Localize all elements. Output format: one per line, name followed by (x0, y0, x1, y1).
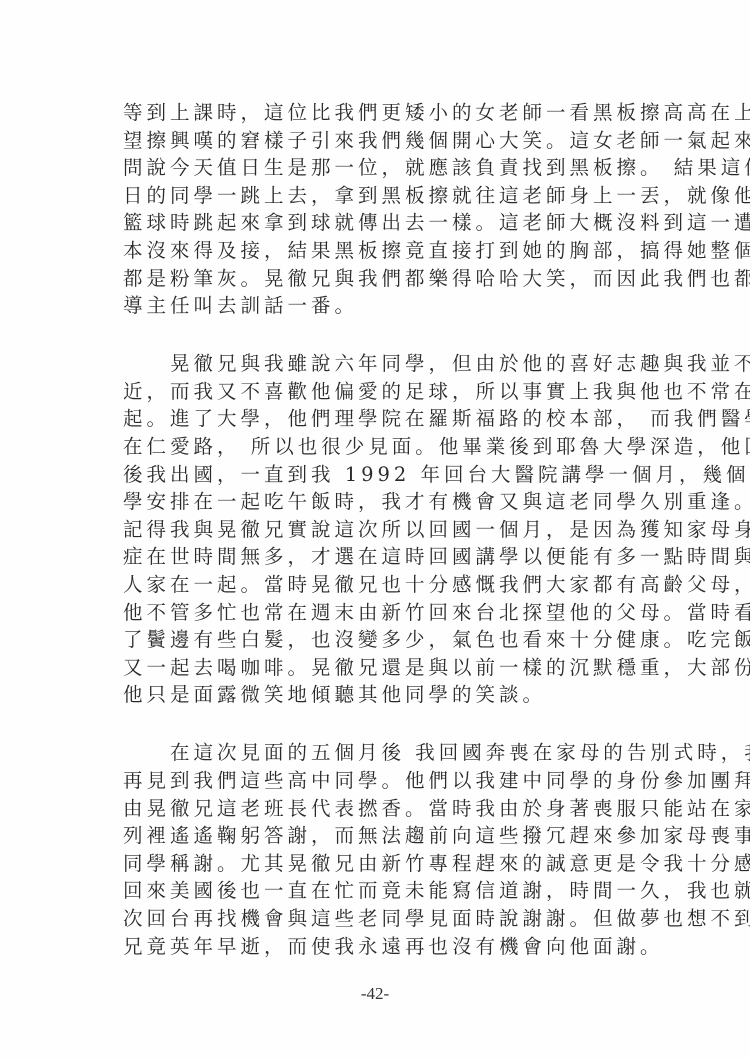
text-line: 本沒來得及接，結果黑板擦竟直接打到她的胸部，搞得她整個胸部 (123, 237, 623, 265)
text-line: 由晃徹兄這老班長代表撚香。當時我由於身著喪服只能站在家屬行 (123, 795, 623, 823)
text-line: 列裡遙遙鞠躬答謝，而無法趨前向這些撥冗趕來參加家母喪事的老 (123, 822, 623, 850)
text-line: 同學稱謝。尤其晃徹兄由新竹專程趕來的誠意更是令我十分感激。 (123, 850, 623, 878)
text-line: 起。進了大學，他們理學院在羅斯福路的校本部， 而我們醫學院 (123, 405, 623, 433)
paragraph-1: 等到上課時，這位比我們更矮小的女老師一看黑板擦高高在上，而 望擦興嘆的窘樣子引來… (123, 99, 623, 320)
text-line: 回來美國後也一直在忙而竟未能寫信道謝，時間一久，我也就想下 (123, 877, 623, 905)
text-line: 後我出國，一直到我 1992 年回台大醫院講學一個月，幾個高中同 (123, 461, 623, 489)
text-line: 近，而我又不喜歡他偏愛的足球，所以事實上我與他也不常在一 (123, 378, 623, 406)
text-line: 學安排在一起吃午飯時，我才有機會又與這老同學久別重逢。我還 (123, 488, 623, 516)
text-line: 次回台再找機會與這些老同學見面時說謝謝。但做夢也想不到晃徹 (123, 905, 623, 933)
text-line-indented: 晃徹兄與我雖說六年同學，但由於他的喜好志趣與我並不相 (123, 350, 623, 378)
text-line: 望擦興嘆的窘樣子引來我們幾個開心大笑。這女老師一氣起來，就 (123, 127, 623, 155)
text-line: 再見到我們這些高中同學。他們以我建中同學的身份參加團拜，而 (123, 767, 623, 795)
text-line: 在仁愛路， 所以也很少見面。他畢業後到耶魯大學深造，他回國 (123, 433, 623, 461)
text-line: 籃球時跳起來拿到球就傳出去一樣。這老師大概沒料到這一遭，根 (123, 209, 623, 237)
page-number: -42- (0, 984, 750, 1004)
document-page: 等到上課時，這位比我們更矮小的女老師一看黑板擦高高在上，而 望擦興嘆的窘樣子引來… (0, 0, 750, 1060)
text-line: 他不管多忙也常在週末由新竹回來台北探望他的父母。當時看他除 (123, 599, 623, 627)
text-line: 等到上課時，這位比我們更矮小的女老師一看黑板擦高高在上，而 (123, 99, 623, 127)
text-line: 都是粉筆灰。晃徹兄與我們都樂得哈哈大笑，而因此我們也都被訓 (123, 265, 623, 293)
text-line: 導主任叫去訓話一番。 (123, 292, 623, 320)
text-line: 了鬢邊有些白髮，也沒變多少，氣色也看來十分健康。吃完飯我們 (123, 626, 623, 654)
paragraph-3: 在這次見面的五個月後 我回國奔喪在家母的告別式時，我又 再見到我們這些高中同學。… (123, 739, 623, 960)
text-line: 日的同學一跳上去，拿到黑板擦就往這老師身上一丟，就像他在玩 (123, 182, 623, 210)
text-line: 人家在一起。當時晃徹兄也十分感慨我們大家都有高齡父母，他說 (123, 571, 623, 599)
text-line: 問說今天值日生是那一位，就應該負責找到黑板擦。 結果這位值 (123, 154, 623, 182)
text-line-indented: 在這次見面的五個月後 我回國奔喪在家母的告別式時，我又 (123, 739, 623, 767)
text-line: 症在世時間無多，才選在這時回國講學以便能有多一點時間與她老 (123, 543, 623, 571)
text-line: 又一起去喝咖啡。晃徹兄還是與以前一樣的沉默穩重，大部份時間 (123, 654, 623, 682)
body-text: 等到上課時，這位比我們更矮小的女老師一看黑板擦高高在上，而 望擦興嘆的窘樣子引來… (123, 99, 623, 991)
text-line: 他只是面露微笑地傾聽其他同學的笑談。 (123, 681, 623, 709)
text-line: 兄竟英年早逝，而使我永遠再也沒有機會向他面謝。 (123, 933, 623, 961)
paragraph-2: 晃徹兄與我雖說六年同學，但由於他的喜好志趣與我並不相 近，而我又不喜歡他偏愛的足… (123, 350, 623, 709)
text-line: 記得我與晃徹兄實說這次所以回國一個月，是因為獲知家母身患絕 (123, 516, 623, 544)
